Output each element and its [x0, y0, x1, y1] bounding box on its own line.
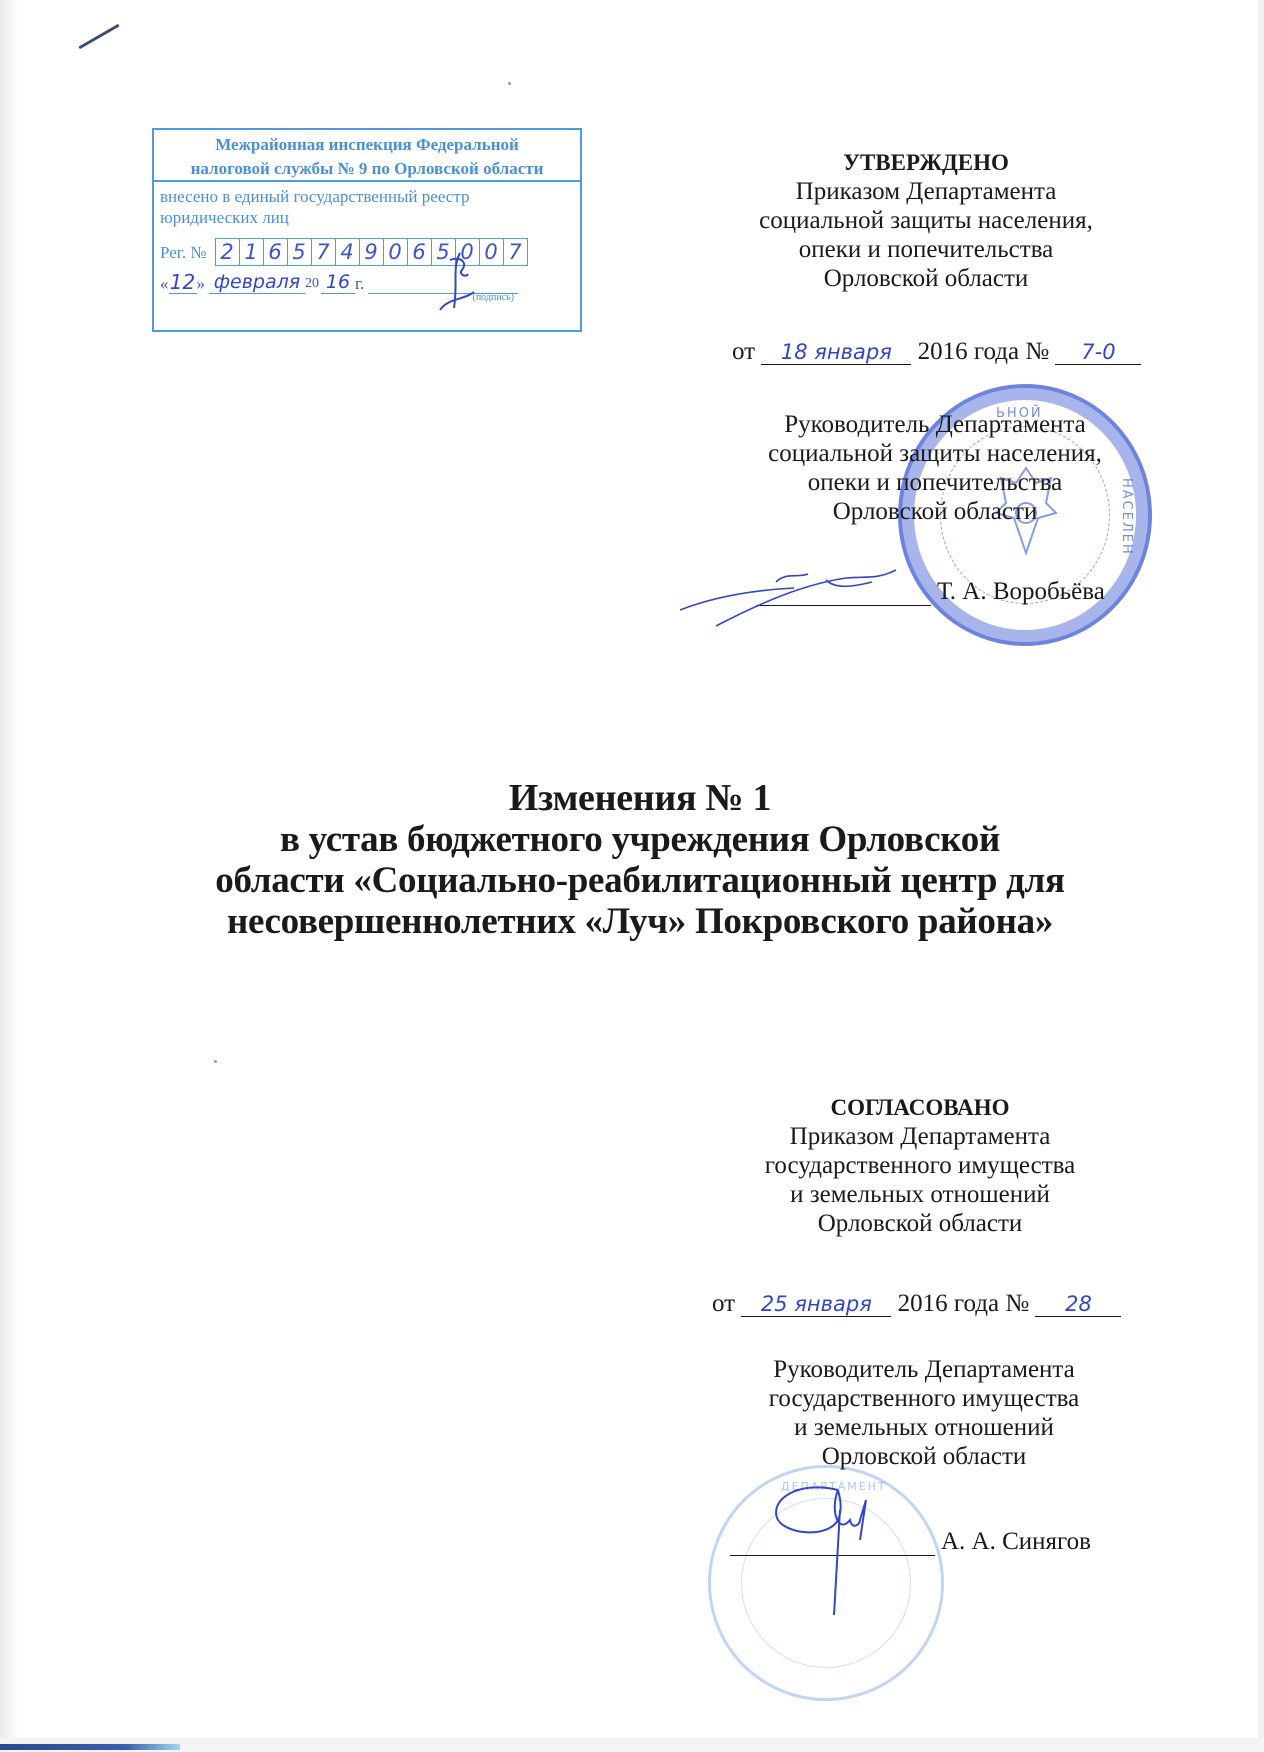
scan-artifact-bar	[0, 1744, 180, 1750]
reg-date-century: 20	[305, 273, 319, 294]
approved-block: УТВЕРЖДЕНО Приказом Департамента социаль…	[736, 148, 1116, 293]
approved-date-handwritten: 18 января	[761, 340, 911, 365]
approved-date-year: 2016 года №	[918, 338, 1050, 365]
approved-head-line1: Руководитель Департамента	[740, 410, 1130, 439]
agreed-date-handwritten: 25 января	[741, 1292, 891, 1317]
document-title: Изменения № 1 в устав бюджетного учрежде…	[150, 778, 1130, 942]
registration-stamp: Межрайонная инспекция Федеральной налого…	[152, 128, 582, 332]
agreed-signature	[768, 1480, 888, 1620]
title-line4: несовершеннолетних «Луч» Покровского рай…	[150, 901, 1130, 942]
reg-date-month: февраля	[209, 272, 305, 294]
approved-signature	[676, 560, 936, 630]
agreed-head-block: Руководитель Департамента государственно…	[724, 1355, 1124, 1471]
reg-digit: 7	[312, 239, 336, 265]
agreed-line3: и земельных отношений	[720, 1180, 1120, 1209]
agreed-date-line: от 25 января 2016 года № 28	[712, 1290, 1121, 1318]
reg-number-row: Рег. № 2 1 6 5 7 4 9 0 6 5 0 0 7	[160, 238, 574, 266]
agreed-order-number: 28	[1035, 1292, 1121, 1317]
scan-speck	[508, 82, 511, 85]
agreed-block: СОГЛАСОВАНО Приказом Департамента госуда…	[720, 1093, 1120, 1238]
agreed-date-prefix: от	[712, 1290, 735, 1317]
pen-mark	[78, 24, 119, 50]
stamp-authority-line2: налоговой службы № 9 по Орловской област…	[154, 157, 580, 181]
date-open-quote: «	[160, 273, 169, 294]
approved-signer-name: Т. А. Воробьёва	[937, 578, 1105, 606]
scan-bottom-strip	[0, 1738, 1264, 1752]
approved-date-line: от 18 января 2016 года № 7-0	[732, 338, 1141, 366]
date-close-quote: »	[197, 273, 206, 294]
stamp-entry-line1: внесено в единый государственный реестр	[160, 186, 574, 207]
agreed-title: СОГЛАСОВАНО	[720, 1093, 1120, 1122]
agreed-head-line3: и земельных отношений	[724, 1413, 1124, 1442]
agreed-line1: Приказом Департамента	[720, 1122, 1120, 1151]
stamp-authority-line1: Межрайонная инспекция Федеральной	[154, 133, 580, 157]
approved-line3: опеки и попечительства	[736, 235, 1116, 264]
reg-digit: 4	[336, 239, 360, 265]
title-line2: в устав бюджетного учреждения Орловской	[150, 819, 1130, 860]
approved-line4: Орловской области	[736, 264, 1116, 293]
registrar-signature	[430, 248, 490, 318]
approved-head-line2: социальной защиты населения,	[740, 439, 1130, 468]
agreed-line4: Орловской области	[720, 1209, 1120, 1238]
approved-order-number: 7-0	[1055, 340, 1141, 365]
reg-date-year: 16	[321, 272, 355, 294]
scan-speck	[214, 1060, 217, 1063]
scan-page-edge-left	[0, 0, 18, 1738]
stamp-entry-line2: юридических лиц	[160, 207, 574, 228]
agreed-head-line1: Руководитель Департамента	[724, 1355, 1124, 1384]
scan-page-edge-right	[1258, 0, 1264, 1738]
agreed-signer-name: А. А. Синягов	[941, 1528, 1091, 1556]
reg-digit: 9	[360, 239, 384, 265]
agreed-head-line4: Орловской области	[724, 1442, 1124, 1471]
title-line1: Изменения № 1	[150, 778, 1130, 819]
reg-digit: 0	[384, 239, 408, 265]
approved-date-prefix: от	[732, 338, 755, 365]
stamp-authority: Межрайонная инспекция Федеральной налого…	[154, 130, 580, 182]
approved-line1: Приказом Департамента	[736, 177, 1116, 206]
stamp-body: внесено в единый государственный реестр …	[154, 182, 580, 298]
agreed-line2: государственного имущества	[720, 1151, 1120, 1180]
reg-date-day: 12	[169, 272, 197, 294]
reg-digit: 1	[240, 239, 264, 265]
approved-head-block: Руководитель Департамента социальной защ…	[740, 410, 1130, 526]
approved-head-line4: Орловской области	[740, 497, 1130, 526]
approved-line2: социальной защиты населения,	[736, 206, 1116, 235]
reg-digit: 2	[216, 239, 240, 265]
reg-digit: 5	[288, 239, 312, 265]
agreed-date-year: 2016 года №	[898, 1290, 1030, 1317]
reg-date-suffix: г.	[355, 273, 364, 294]
reg-number-label: Рег. №	[160, 242, 207, 263]
reg-date-row: « 12 » февраля 20 16 г. (подпись)	[160, 272, 574, 294]
approved-head-line3: опеки и попечительства	[740, 468, 1130, 497]
reg-digit: 6	[264, 239, 288, 265]
agreed-head-line2: государственного имущества	[724, 1384, 1124, 1413]
approved-title: УТВЕРЖДЕНО	[736, 148, 1116, 177]
reg-digit: 7	[504, 239, 527, 265]
reg-digit: 6	[408, 239, 432, 265]
title-line3: области «Социально-реабилитационный цент…	[150, 860, 1130, 901]
